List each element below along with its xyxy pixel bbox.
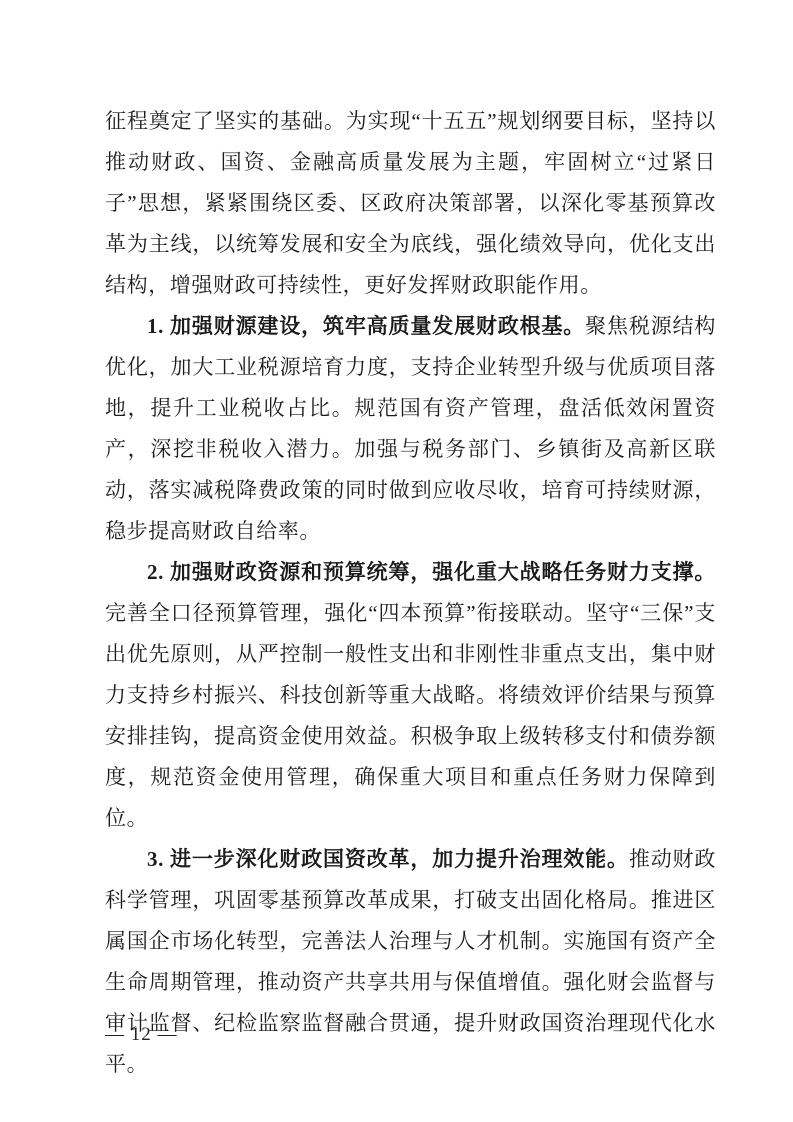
paragraph-continuation-text: 征程奠定了坚实的基础。为实现“十五五”规划纲要目标，坚持以推动财政、国资、金融高… (105, 109, 716, 297)
paragraph-1-text: 聚焦税源结构优化，加大工业税源培育力度，支持企业转型升级与优质项目落地，提升工业… (105, 314, 716, 543)
paragraph-3: 3. 进一步深化财政国资改革，加力提升治理效能。推动财政科学管理，巩固零基预算改… (105, 839, 716, 1085)
page-footer: — 12 — (105, 1022, 178, 1048)
paragraph-3-heading: 3. 进一步深化财政国资改革，加力提升治理效能。 (147, 847, 629, 871)
document-body: 征程奠定了坚实的基础。为实现“十五五”规划纲要目标，坚持以推动财政、国资、金融高… (105, 101, 716, 1085)
paragraph-1-heading: 1. 加强财源建设，筑牢高质量发展财政根基。 (147, 314, 585, 338)
paragraph-2: 2. 加强财政资源和预算统筹，强化重大战略任务财力支撑。完善全口径预算管理，强化… (105, 552, 716, 839)
page-number: — 12 — (105, 1024, 178, 1045)
paragraph-2-text: 完善全口径预算管理，强化“四本预算”衔接联动。坚守“三保”支出优先原则，从严控制… (105, 601, 716, 830)
paragraph-1: 1. 加强财源建设，筑牢高质量发展财政根基。聚焦税源结构优化，加大工业税源培育力… (105, 306, 716, 552)
paragraph-2-heading: 2. 加强财政资源和预算统筹，强化重大战略任务财力支撑。 (147, 560, 716, 584)
paragraph-continuation: 征程奠定了坚实的基础。为实现“十五五”规划纲要目标，坚持以推动财政、国资、金融高… (105, 101, 716, 306)
document-page: 征程奠定了坚实的基础。为实现“十五五”规划纲要目标，坚持以推动财政、国资、金融高… (0, 0, 793, 1122)
paragraph-3-text: 推动财政科学管理，巩固零基预算改革成果，打破支出固化格局。推进区属国企市场化转型… (105, 847, 716, 1076)
